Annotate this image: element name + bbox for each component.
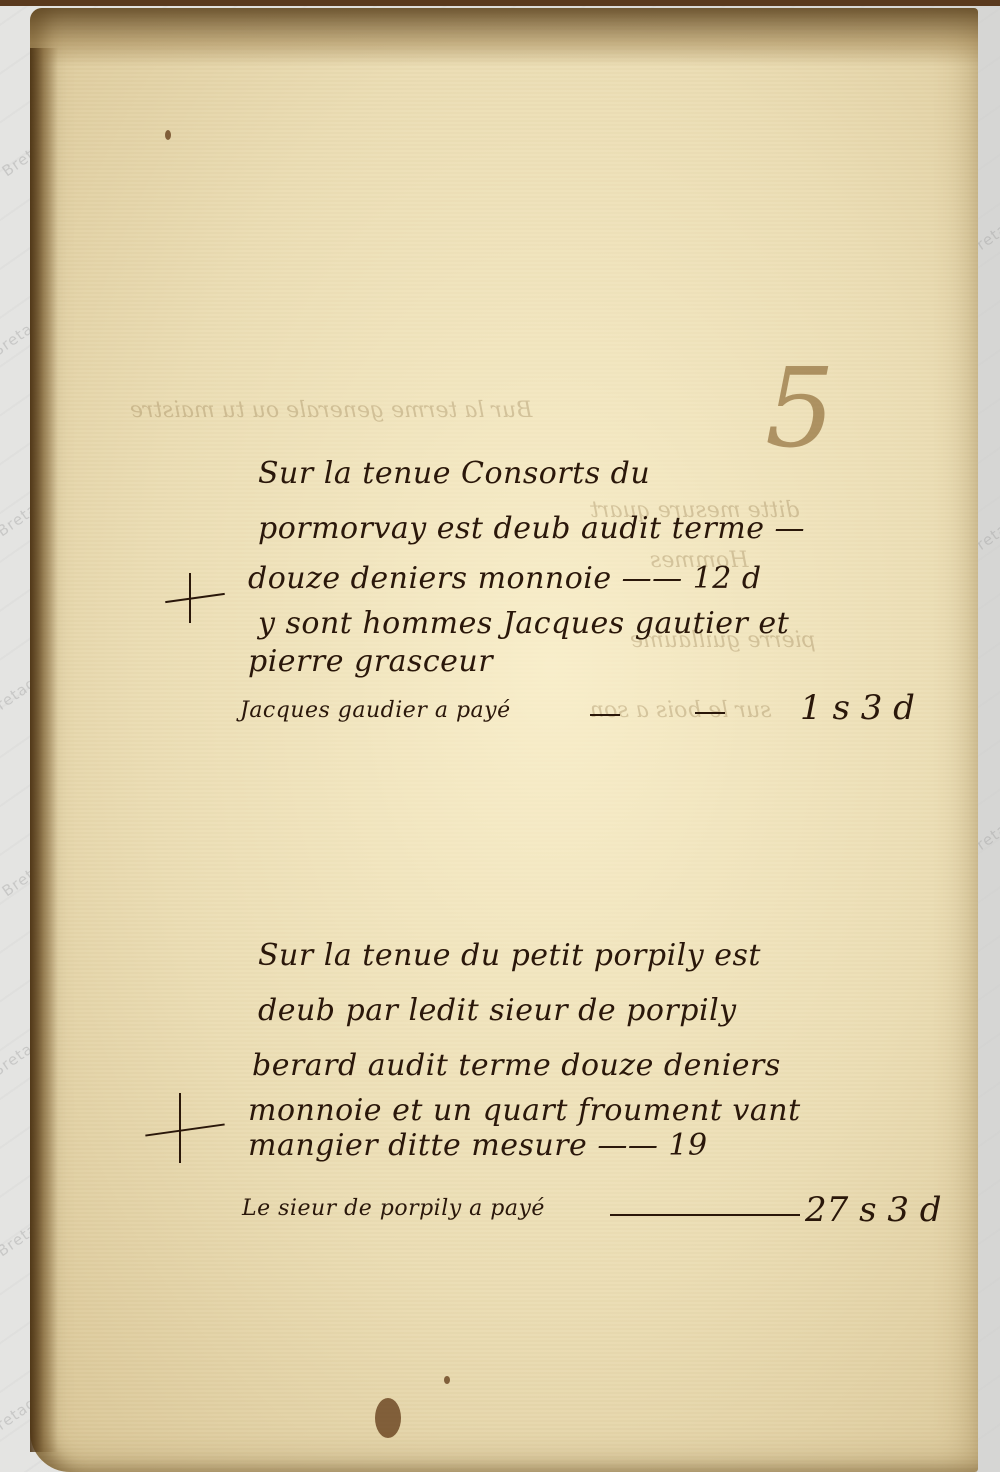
dash [695,712,725,714]
dash [590,714,620,716]
margin-cross-mark [165,573,235,633]
entry-line: pierre grasceur [248,644,493,679]
payment-amount: 1 s 3 d [800,688,915,728]
dash [610,1214,800,1216]
entry-line: mangier ditte mesure —— 19 [248,1128,708,1163]
entry-line: berard audit terme douze deniers [252,1048,781,1083]
torn-top-edge [30,8,978,66]
ink-stain [165,130,171,140]
entry-line: monnoie et un quart froument vant [248,1093,801,1128]
ink-stain [375,1398,401,1438]
entry-line: Sur la tenue du petit porpily est [258,938,761,973]
payment-amount: 27 s 3 d [805,1190,942,1230]
entry-line: y sont hommes Jacques gautier et [258,606,789,641]
payment-line: Jacques gaudier a payé [240,698,511,723]
ink-stain [444,1376,450,1384]
worn-left-edge [30,48,58,1452]
entry-line: pormorvay est deub audit terme — [258,511,805,546]
payment-line: Le sieur de porpily a payé [242,1196,545,1221]
scan-top-border [0,0,1000,6]
entry-line: deub par ledit sieur de porpily [258,993,737,1028]
manuscript-page: Bur la terme generale ou tu maistre ditt… [30,8,978,1472]
entry-line: douze deniers monnoie —— 12 d [248,561,762,596]
bleed-through-text: sur le bois a son [590,698,771,723]
entry-line: Sur la tenue Consorts du [258,456,650,491]
folio-number: 5 [765,353,835,463]
margin-cross-mark [145,1093,235,1163]
bleed-through-text: Bur la terme generale ou tu maistre [130,398,532,423]
